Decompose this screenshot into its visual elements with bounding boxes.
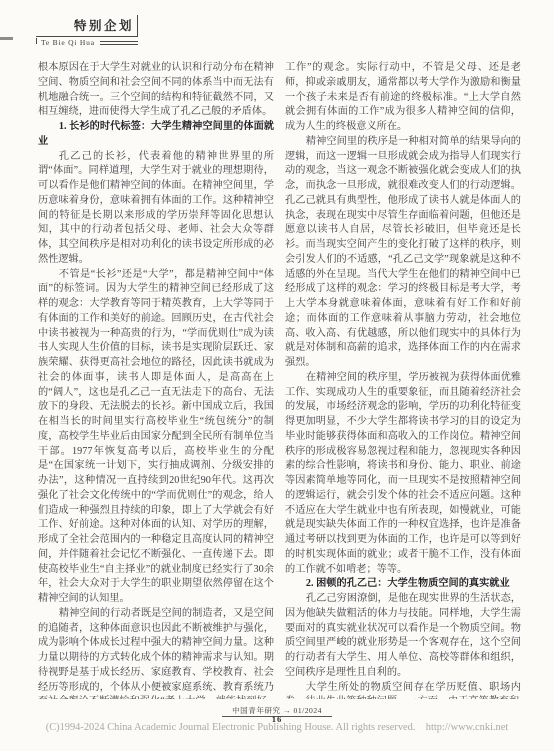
section-title-pinyin: Te Bie Qi Hua xyxy=(41,38,95,47)
journal-scan-page: 特别企划 Te Bie Qi Hua 根本原因在于大学生对就业的认识和行动分布在… xyxy=(0,0,554,751)
section-header-subrow: Te Bie Qi Hua xyxy=(36,37,138,47)
body-paragraph: 精神空间里的秩序是一种相对简单的结果导向的逻辑，而这一逻辑一旦形成就会成为指导人… xyxy=(285,135,521,371)
scan-edge-artifact xyxy=(0,37,13,40)
body-paragraph: 不管是“长衫”还是“大学”，都是精神空间中“体面”的标签词。因为大学生的精神空间… xyxy=(38,268,274,607)
section-heading-2: 2. 困顿的孔乙己：大学生物质空间的真实就业 xyxy=(285,577,521,592)
body-paragraph: 孔乙己穷困潦倒，是他在现实世界的生活状态，因为他缺失做粗活的体力与技能。同样地，… xyxy=(285,592,521,681)
rule-tick xyxy=(36,38,37,44)
double-rule xyxy=(100,41,138,46)
section-heading-1: 1. 长衫的时代标签：大学生精神空间里的体面就业 xyxy=(38,120,274,150)
body-paragraph: 根本原因在于大学生对就业的认识和行动分布在精神空间、物质空间和社会空间不同的体系… xyxy=(38,61,274,120)
body-paragraph: 孔乙己的长衫，代表着他的精神世界里的所谓“体面”。同样道理，大学生对于就业的理想… xyxy=(38,150,274,268)
body-paragraph: 精神空间的行动者既是空间的制造者，又是空间的追随者，这种体面意识也因此不断被维护… xyxy=(38,607,274,699)
body-paragraph: 工作”的观念。实际行动中，不管是父母、还是老师，抑或亲戚朋友，通常都以考大学作为… xyxy=(285,61,521,135)
right-column: 工作”的观念。实际行动中，不管是父母、还是老师，抑或亲戚朋友，通常都以考大学作为… xyxy=(285,61,521,699)
body-paragraph: 在精神空间的秩序里，学历被视为获得体面优雅工作、实现成功人生的重要象征，而且随着… xyxy=(285,371,521,578)
left-column: 根本原因在于大学生对就业的认识和行动分布在精神空间、物质空间和社会空间不同的体系… xyxy=(38,61,274,699)
section-title: 特别企划 xyxy=(36,15,138,37)
article-body: 根本原因在于大学生对就业的认识和行动分布在精神空间、物质空间和社会空间不同的体系… xyxy=(38,61,521,699)
body-paragraph: 大学生所处的物质空间存在学历贬值、职场内卷、待业失业等种种问题。一方面，由于高等… xyxy=(285,681,521,700)
section-header: 特别企划 Te Bie Qi Hua xyxy=(36,15,138,47)
copyright-watermark: (C)1994-2024 China Academic Journal Elec… xyxy=(0,722,554,733)
